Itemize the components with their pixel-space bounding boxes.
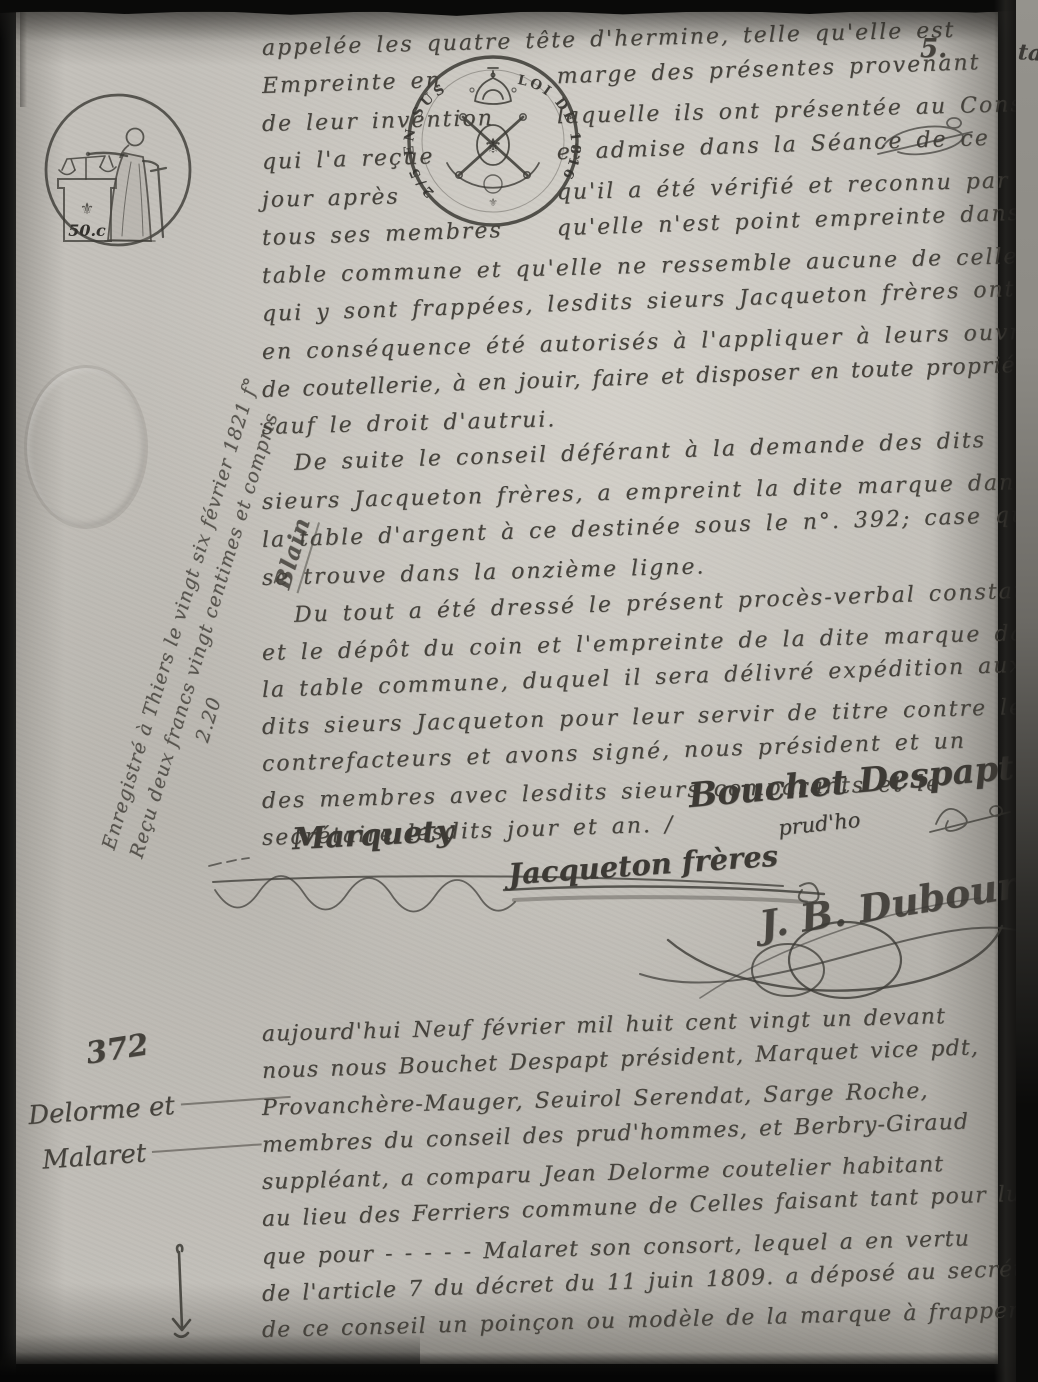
scan-shadow-top xyxy=(0,8,1038,42)
fleur-de-lis-icon: ⚜ xyxy=(80,199,94,218)
embossed-blind-stamp xyxy=(24,365,148,529)
stamp-value: 50.c xyxy=(68,221,106,240)
revenue-stamp-50c: ⚜ 50.c xyxy=(42,90,194,250)
scan-border-left xyxy=(0,0,16,1382)
scanned-manuscript-page: 5. ⚜ 50.c xyxy=(0,0,1038,1382)
pen-stroke xyxy=(181,1096,291,1106)
adjacent-page-text-fragment: ta xyxy=(1017,39,1038,67)
pen-stroke xyxy=(152,1143,262,1153)
margin-arrow-mark xyxy=(167,1242,193,1344)
scan-border-bottom xyxy=(0,1352,1038,1382)
secretary-flourish xyxy=(640,878,1035,1022)
adjacent-page-edge: ta xyxy=(1016,0,1038,1382)
justice-stamp-graphic: ⚜ 50.c xyxy=(42,90,194,250)
paraph-flourish xyxy=(876,110,976,169)
